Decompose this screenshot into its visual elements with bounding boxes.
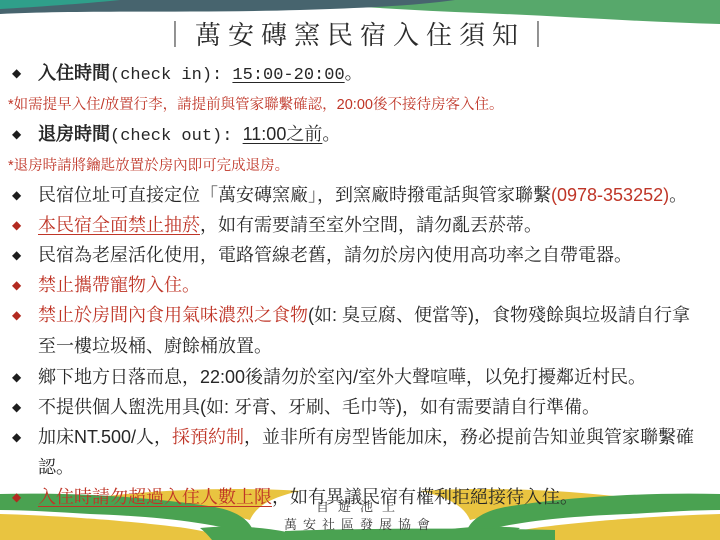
bullet-diamond-icon: ◆ bbox=[12, 300, 38, 330]
footer-association: 萬安社區發展協會 bbox=[0, 516, 720, 534]
notice-line-text: 加床NT.500/人，採預約制，並非所有房型皆能加床，務必提前告知並與管家聯繫確… bbox=[38, 422, 720, 482]
notice-text-segment: 民宿位址可直接定位「萬安磚窯廠」，到窯廠時撥電話與管家聯繫 bbox=[38, 185, 551, 205]
notice-line: ◆不提供個人盥洗用具(如: 牙膏、牙刷、毛巾等)，如有需要請自行準備。 bbox=[0, 392, 720, 422]
notice-text-segment: 。 bbox=[669, 185, 687, 205]
bullet-diamond-icon: ◆ bbox=[12, 362, 38, 392]
notice-text-segment: 不提供個人盥洗用具(如: 牙膏、牙刷、毛巾等)，如有需要請自行準備。 bbox=[38, 397, 600, 417]
notice-text-segment: 禁止攜帶寵物入住。 bbox=[38, 275, 200, 295]
notice-text-segment: 民宿為老屋活化使用，電路管線老舊，請勿於房內使用高功率之自帶電器。 bbox=[38, 245, 632, 265]
page-title: ｜萬安磚窯民宿入住須知｜ bbox=[0, 18, 720, 52]
notice-text-segment: *如需提早入住/放置行李，請提前與管家聯繫確認，20:00後不接待房客入住。 bbox=[8, 97, 503, 113]
bullet-diamond-icon: ◆ bbox=[12, 270, 38, 300]
notice-text-segment: (0978-353252) bbox=[551, 185, 669, 205]
notice-line-text: 本民宿全面禁止抽菸，如有需要請至室外空間，請勿亂丟菸蒂。 bbox=[38, 210, 720, 240]
notice-line: ◆加床NT.500/人，採預約制，並非所有房型皆能加床，務必提前告知並與管家聯繫… bbox=[0, 422, 720, 482]
notice-line: *退房時請將鑰匙放置於房內即可完成退房。 bbox=[0, 152, 720, 180]
notice-text-segment: (check out): bbox=[110, 127, 243, 146]
notice-line: ◆鄉下地方日落而息，22:00後請勿於室內/室外大聲喧嘩，以免打擾鄰近村民。 bbox=[0, 362, 720, 392]
bullet-diamond-icon: ◆ bbox=[12, 422, 38, 452]
notice-text-segment: (check in): bbox=[110, 66, 232, 85]
notice-line: ◆禁止攜帶寵物入住。 bbox=[0, 270, 720, 300]
notice-text-segment: 。 bbox=[345, 63, 363, 83]
notice-list: ◆入住時間(check in): 15:00-20:00。*如需提早入住/放置行… bbox=[0, 58, 720, 512]
notice-line: ◆入住時間(check in): 15:00-20:00。 bbox=[0, 58, 720, 91]
notice-page: ｜萬安磚窯民宿入住須知｜ ◆入住時間(check in): 15:00-20:0… bbox=[0, 0, 720, 540]
notice-line-text: 至一樓垃圾桶、廚餘桶放置。 bbox=[38, 330, 720, 362]
notice-line: ◆本民宿全面禁止抽菸，如有需要請至室外空間，請勿亂丟菸蒂。 bbox=[0, 210, 720, 240]
bullet-diamond-icon: ◆ bbox=[12, 240, 38, 270]
notice-text-segment: 本民宿全面禁止抽菸 bbox=[38, 215, 200, 235]
notice-text-segment: 加床NT.500/人， bbox=[38, 427, 172, 447]
notice-text-segment: (如: 臭豆腐、便當等)，食物殘餘與垃圾請自行拿 bbox=[308, 305, 690, 325]
notice-line: ◆民宿位址可直接定位「萬安磚窯廠」，到窯廠時撥電話與管家聯繫(0978-3532… bbox=[0, 180, 720, 210]
notice-line-text: 禁止於房間內食用氣味濃烈之食物(如: 臭豆腐、便當等)，食物殘餘與垃圾請自行拿 bbox=[38, 300, 720, 330]
notice-line-text: *退房時請將鑰匙放置於房內即可完成退房。 bbox=[8, 152, 720, 180]
notice-text-segment: *退房時請將鑰匙放置於房內即可完成退房。 bbox=[8, 158, 289, 174]
notice-text-segment: 退房時間 bbox=[38, 124, 110, 144]
bullet-diamond-icon: ◆ bbox=[12, 119, 38, 149]
notice-text-segment: 鄉下地方日落而息，22:00後請勿於室內/室外大聲喧嘩，以免打擾鄰近村民。 bbox=[38, 367, 646, 387]
bullet-diamond-icon: ◆ bbox=[12, 392, 38, 422]
footer-brand: 自遊池上 bbox=[0, 498, 720, 516]
notice-line-text: 鄉下地方日落而息，22:00後請勿於室內/室外大聲喧嘩，以免打擾鄰近村民。 bbox=[38, 362, 720, 392]
notice-text-segment: 禁止於房間內食用氣味濃烈之食物 bbox=[38, 305, 308, 325]
notice-line-text: 民宿位址可直接定位「萬安磚窯廠」，到窯廠時撥電話與管家聯繫(0978-35325… bbox=[38, 180, 720, 210]
notice-line-text: 退房時間(check out): 11:00之前。 bbox=[38, 119, 720, 152]
notice-line: 至一樓垃圾桶、廚餘桶放置。 bbox=[0, 330, 720, 362]
notice-line-text: 禁止攜帶寵物入住。 bbox=[38, 270, 720, 300]
notice-line-text: *如需提早入住/放置行李，請提前與管家聯繫確認，20:00後不接待房客入住。 bbox=[8, 91, 720, 119]
notice-text-segment: ，如有需要請至室外空間，請勿亂丟菸蒂。 bbox=[200, 215, 542, 235]
notice-text-segment: 15:00-20:00 bbox=[232, 66, 344, 85]
notice-line: ◆禁止於房間內食用氣味濃烈之食物(如: 臭豆腐、便當等)，食物殘餘與垃圾請自行拿 bbox=[0, 300, 720, 330]
notice-line-text: 入住時間(check in): 15:00-20:00。 bbox=[38, 58, 720, 91]
notice-line-text: 民宿為老屋活化使用，電路管線老舊，請勿於房內使用高功率之自帶電器。 bbox=[38, 240, 720, 270]
notice-line: ◆民宿為老屋活化使用，電路管線老舊，請勿於房內使用高功率之自帶電器。 bbox=[0, 240, 720, 270]
bullet-diamond-icon: ◆ bbox=[12, 210, 38, 240]
notice-text-segment: 。 bbox=[322, 124, 340, 144]
notice-line: ◆退房時間(check out): 11:00之前。 bbox=[0, 119, 720, 152]
footer: 自遊池上 萬安社區發展協會 bbox=[0, 498, 720, 534]
bullet-diamond-icon: ◆ bbox=[12, 180, 38, 210]
notice-text-segment: 11:00之前 bbox=[243, 124, 323, 144]
notice-text-segment: 至一樓垃圾桶、廚餘桶放置。 bbox=[38, 336, 272, 356]
notice-text-segment: 採預約制 bbox=[172, 427, 244, 447]
notice-line-text: 不提供個人盥洗用具(如: 牙膏、牙刷、毛巾等)，如有需要請自行準備。 bbox=[38, 392, 720, 422]
notice-line: *如需提早入住/放置行李，請提前與管家聯繫確認，20:00後不接待房客入住。 bbox=[0, 91, 720, 119]
bullet-diamond-icon: ◆ bbox=[12, 58, 38, 88]
notice-text-segment: 入住時間 bbox=[38, 63, 110, 83]
